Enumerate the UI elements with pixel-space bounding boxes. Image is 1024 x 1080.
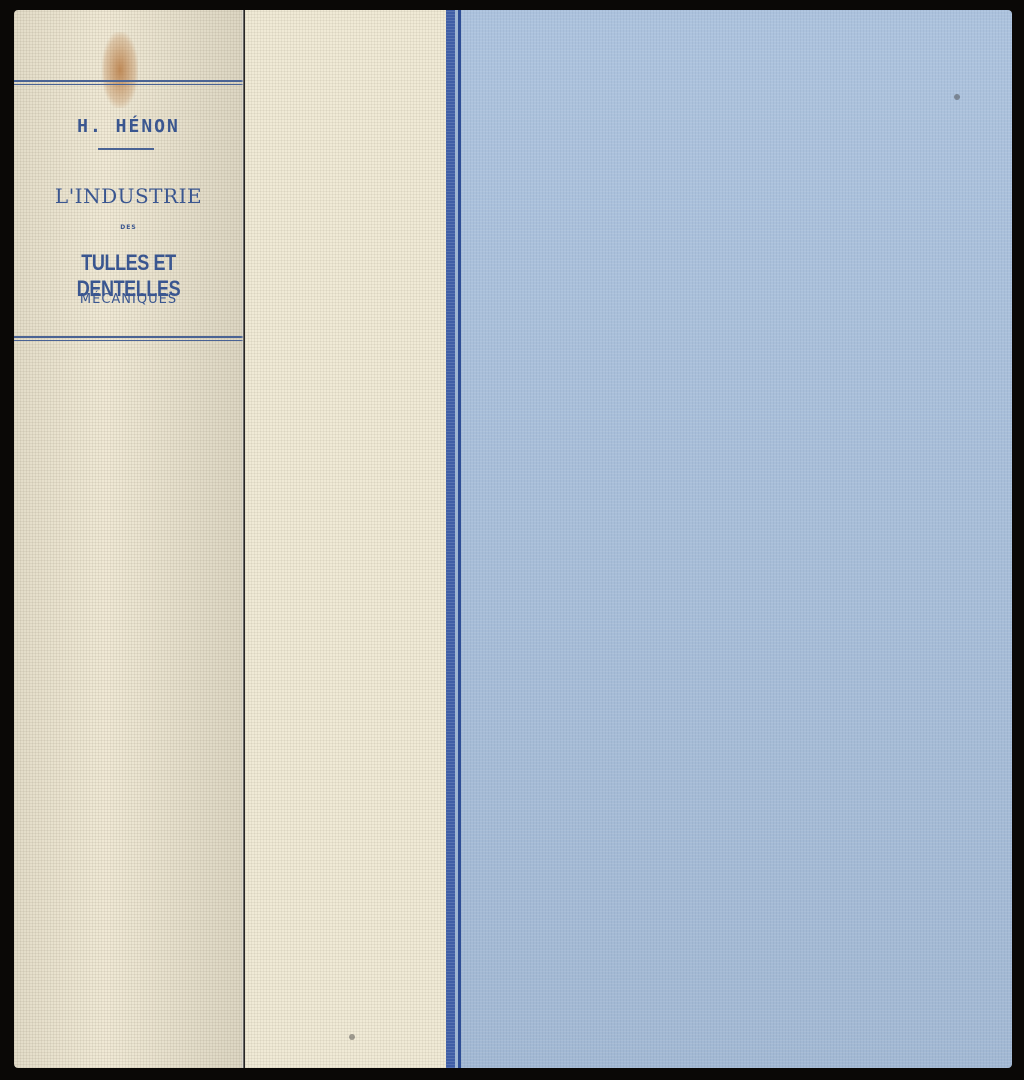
- title-line-2: DES: [14, 224, 243, 231]
- title-line-1: L'INDUSTRIE: [14, 184, 243, 208]
- stain: [102, 32, 138, 108]
- blue-stripe: [446, 10, 455, 1068]
- spine-top-rule: [14, 80, 243, 85]
- book-spine: H. HÉNON L'INDUSTRIE DES TULLES ET DENTE…: [14, 10, 243, 1068]
- spot: [349, 1034, 355, 1040]
- spine-bottom-rule: [14, 336, 243, 341]
- author-divider: [98, 148, 154, 150]
- book: H. HÉNON L'INDUSTRIE DES TULLES ET DENTE…: [14, 10, 1012, 1068]
- cloth-board-strip: [245, 10, 446, 1068]
- front-board: [461, 10, 1012, 1068]
- title-line-4: MÉCANIQUES: [14, 292, 243, 307]
- author-name: H. HÉNON: [14, 116, 243, 137]
- spot: [954, 94, 960, 100]
